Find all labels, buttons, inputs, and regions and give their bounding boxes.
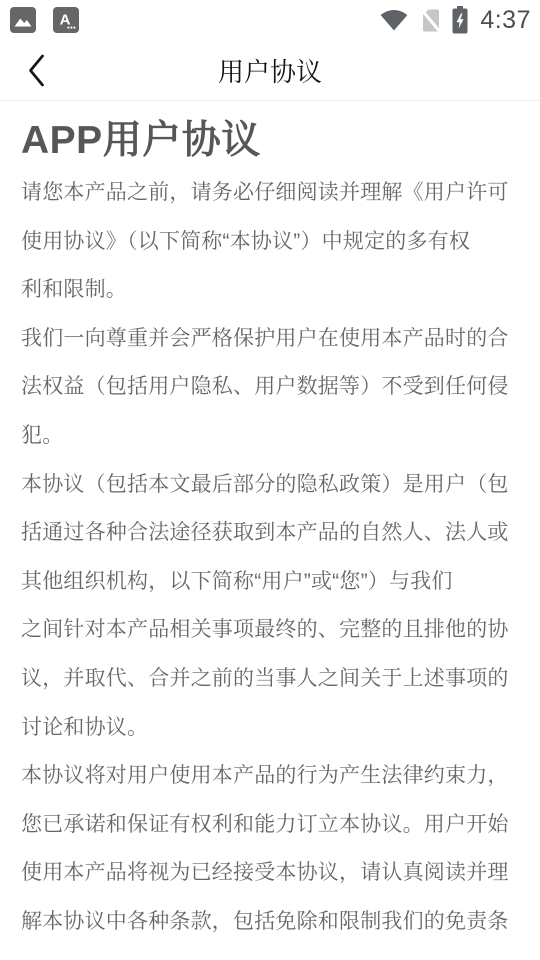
agreement-text-line: 使用本产品将视为已经接受本协议，请认真阅读并理 (21, 849, 519, 898)
agreement-text-line: 使用协议》（以下简称“本协议”）中规定的多有权 (21, 218, 519, 267)
agreement-text-line: 法权益（包括用户隐私、用户数据等）不受到任何侵 (21, 363, 519, 412)
agreement-heading: APP用户协议 (21, 117, 519, 165)
app-bar: 用户协议 (0, 40, 540, 101)
agreement-text-line: 利和限制。 (21, 266, 519, 315)
agreement-text-line: 请您本产品之前，请务必仔细阅读并理解《用户许可 (21, 169, 519, 218)
no-sim-icon (417, 6, 443, 35)
agreement-paragraph: 本协议（包括本文最后部分的隐私政策）是用户（包括通过各种合法途径获取到本产品的自… (21, 461, 519, 753)
agreement-text-line: 讨论和协议。 (21, 704, 519, 753)
agreement-paragraph: 我们一向尊重并会严格保护用户在使用本产品时的合法权益（包括用户隐私、用户数据等）… (21, 315, 519, 461)
agreement-text-line: 我们一向尊重并会严格保护用户在使用本产品时的合 (21, 315, 519, 364)
agreement-content[interactable]: APP用户协议 请您本产品之前，请务必仔细阅读并理解《用户许可使用协议》（以下简… (0, 117, 540, 947)
status-clock: 4:37 (480, 6, 531, 35)
status-bar: A (0, 0, 540, 40)
app-screen: A (0, 0, 540, 960)
agreement-text-line: 本协议将对用户使用本产品的行为产生法律约束力， (21, 752, 519, 801)
agreement-paragraph: 请您本产品之前，请务必仔细阅读并理解《用户许可使用协议》（以下简称“本协议”）中… (21, 169, 519, 315)
svg-text:A: A (60, 12, 71, 29)
page-title: 用户协议 (0, 52, 540, 89)
agreement-text-line: 犯。 (21, 412, 519, 461)
agreement-text-line: 其他组织机构，以下简称“用户”或“您”）与我们 (21, 558, 519, 607)
agreement-text-line: 解本协议中各种条款，包括免除和限制我们的免责条 (21, 898, 519, 947)
wifi-icon (380, 10, 408, 31)
agreement-paragraph: 本协议将对用户使用本产品的行为产生法律约束力，您已承诺和保证有权利和能力订立本协… (21, 752, 519, 946)
agreement-text-line: 括通过各种合法途径获取到本产品的自然人、法人或 (21, 509, 519, 558)
agreement-text-line: 本协议（包括本文最后部分的隐私政策）是用户（包 (21, 461, 519, 510)
agreement-text-line: 您已承诺和保证有权利和能力订立本协议。用户开始 (21, 801, 519, 850)
agreement-text-line: 之间针对本产品相关事项最终的、完整的且排他的协 (21, 606, 519, 655)
status-bar-notifications: A (10, 7, 79, 33)
letter-a-notification-icon: A (53, 7, 79, 33)
agreement-text-line: 议，并取代、合并之前的当事人之间关于上述事项的 (21, 655, 519, 704)
image-notification-icon (10, 7, 36, 33)
agreement-paragraphs: 请您本产品之前，请务必仔细阅读并理解《用户许可使用协议》（以下简称“本协议”）中… (21, 169, 519, 947)
status-bar-indicators: 4:37 (380, 6, 531, 35)
battery-charging-icon (452, 6, 468, 34)
